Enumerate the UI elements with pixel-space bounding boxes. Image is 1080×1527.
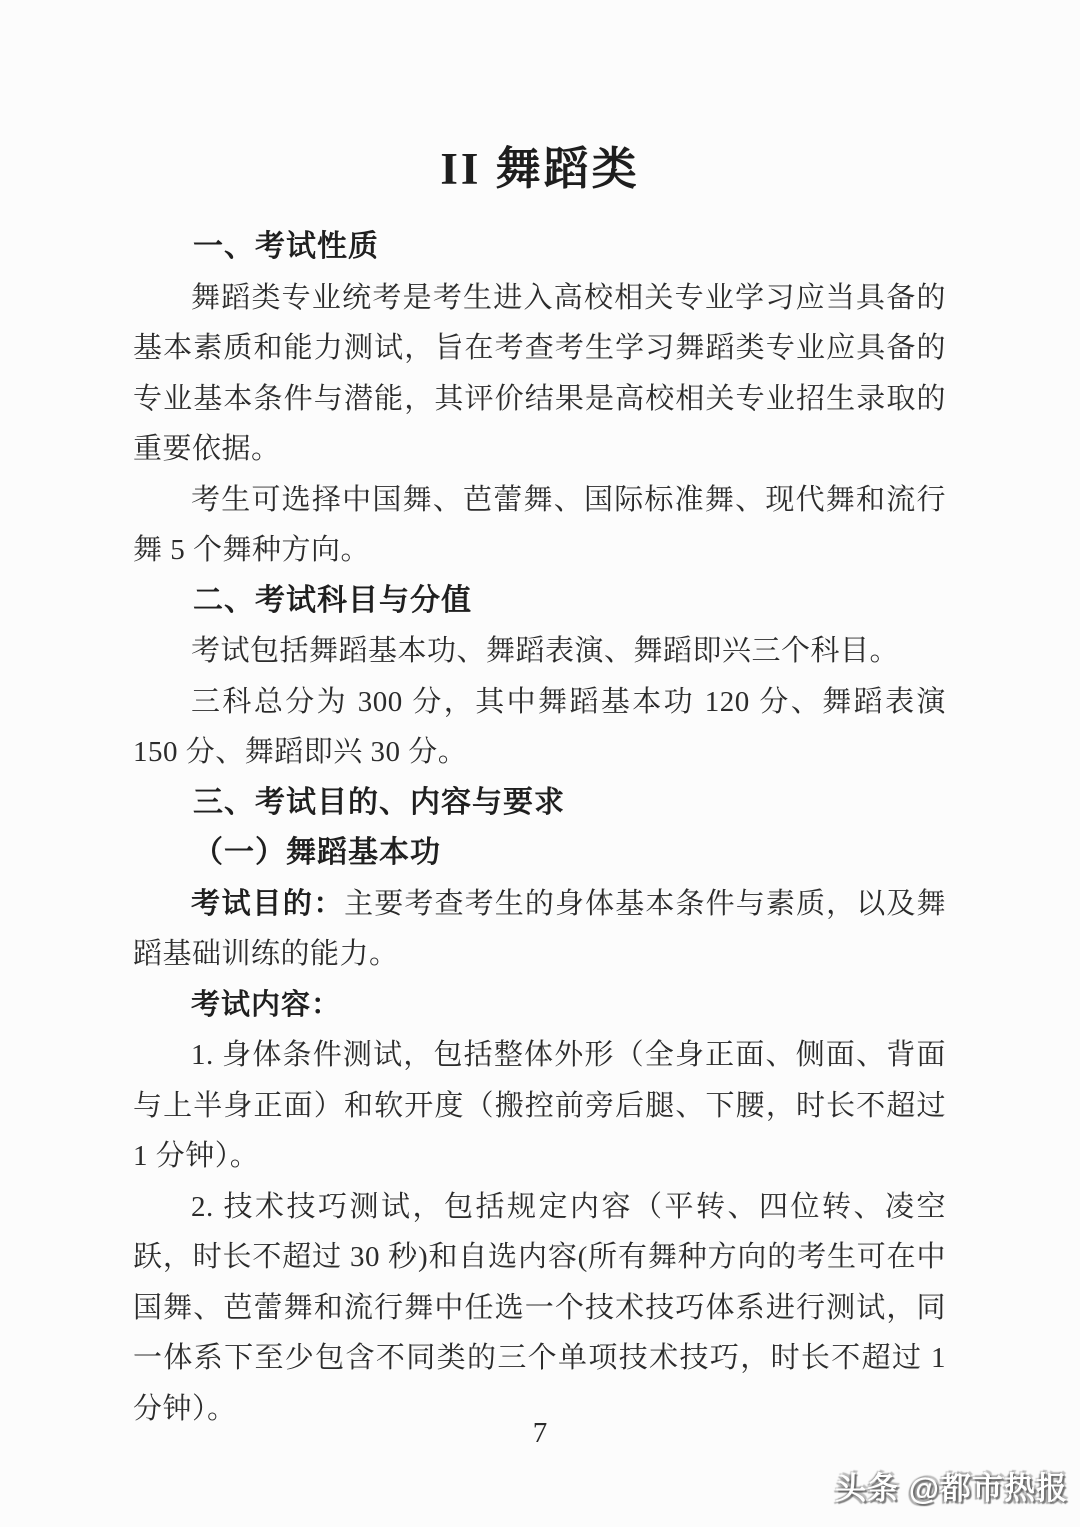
exam-content-heading: 考试内容： — [133, 980, 946, 1031]
section-heading-subjects-scores: 二、考试科目与分值 — [133, 576, 946, 627]
watermark-toutiao: 头条 @都市热报 — [835, 1467, 1068, 1511]
paragraph-exam-nature: 舞蹈类专业统考是考生进入高校相关专业学习应当具备的基本素质和能力测试，旨在考查考… — [133, 273, 946, 475]
section-heading-exam-nature: 一、考试性质 — [133, 222, 946, 273]
paragraph-scores: 三科总分为 300 分，其中舞蹈基本功 120 分、舞蹈表演 150 分、舞蹈即… — [133, 677, 946, 778]
paragraph-subjects: 考试包括舞蹈基本功、舞蹈表演、舞蹈即兴三个科目。 — [133, 626, 946, 677]
page-number: 7 — [0, 1415, 1080, 1451]
exam-purpose-lead: 考试目的： — [191, 888, 344, 920]
paragraph-exam-purpose: 考试目的：主要考查考生的身体基本条件与素质，以及舞蹈基础训练的能力。 — [133, 879, 946, 980]
subsection-heading-dance-basics: （一）舞蹈基本功 — [133, 828, 946, 879]
paragraph-technique-test: 2. 技术技巧测试，包括规定内容（平转、四位转、凌空跃，时长不超过 30 秒)和… — [133, 1182, 946, 1435]
document-page: II 舞蹈类 一、考试性质 舞蹈类专业统考是考生进入高校相关专业学习应当具备的基… — [0, 0, 1080, 1527]
paragraph-dance-directions: 考生可选择中国舞、芭蕾舞、国际标准舞、现代舞和流行舞 5 个舞种方向。 — [133, 475, 946, 576]
document-body: 一、考试性质 舞蹈类专业统考是考生进入高校相关专业学习应当具备的基本素质和能力测… — [133, 222, 946, 1434]
page-title: II 舞蹈类 — [0, 143, 1080, 195]
paragraph-body-condition-test: 1. 身体条件测试，包括整体外形（全身正面、侧面、背面与上半身正面）和软开度（搬… — [133, 1030, 946, 1182]
section-heading-purpose-content-requirements: 三、考试目的、内容与要求 — [133, 778, 946, 829]
